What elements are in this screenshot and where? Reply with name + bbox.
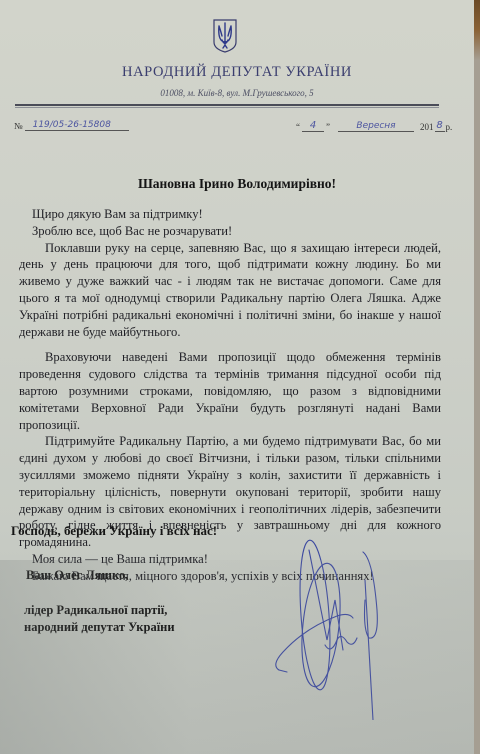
reference-number-value: 119/05-26-15808 xyxy=(25,120,129,131)
signer-titles: лідер Радикальної партії, народний депут… xyxy=(24,602,175,636)
paragraph-promise: Зроблю все, щоб Вас не розчарувати! xyxy=(19,223,441,240)
trident-coat-of-arms-icon xyxy=(212,18,238,54)
date-year-label: р. xyxy=(446,122,453,132)
date-year-suffix: 8 xyxy=(435,120,445,132)
paragraph-thanks: Щиро дякую Вам за підтримку! xyxy=(19,206,441,223)
date-close-quote: ” xyxy=(326,122,330,132)
letter-date: “ 4 ” Вересня 201 8 р. xyxy=(294,120,452,132)
date-year-prefix: 201 xyxy=(420,122,434,132)
date-day: 4 xyxy=(302,120,324,132)
date-month: Вересня xyxy=(338,121,414,132)
letter-page: НАРОДНИЙ ДЕПУТАТ УКРАЇНИ 01008, м. Київ-… xyxy=(0,0,474,754)
letterhead-divider xyxy=(15,104,439,108)
reference-number-prefix: № xyxy=(14,121,23,131)
handwritten-signature-icon xyxy=(265,520,395,720)
paragraph-proposals: Враховуючи наведені Вами пропозиції щодо… xyxy=(19,349,441,433)
signer-title-party: лідер Радикальної партії, xyxy=(24,602,175,619)
closing-blessing: Господь, бережи Україну і всіх нас! xyxy=(11,523,217,539)
paragraph-mission: Поклавши руку на серце, запевняю Вас, що… xyxy=(19,240,441,341)
paper-shadow xyxy=(0,560,474,754)
date-open-quote: “ xyxy=(296,122,300,132)
letterhead-title: НАРОДНИЙ ДЕПУТАТ УКРАЇНИ xyxy=(0,64,474,81)
signer-title-deputy: народний депутат України xyxy=(24,619,175,636)
reference-number: № 119/05-26-15808 xyxy=(14,120,129,131)
sign-off: Ваш Олег Ляшко, xyxy=(26,568,128,583)
salutation: Шановна Ірино Володимирівно! xyxy=(0,176,474,192)
letterhead-address: 01008, м. Київ-8, вул. М.Грушевського, 5 xyxy=(0,88,474,98)
